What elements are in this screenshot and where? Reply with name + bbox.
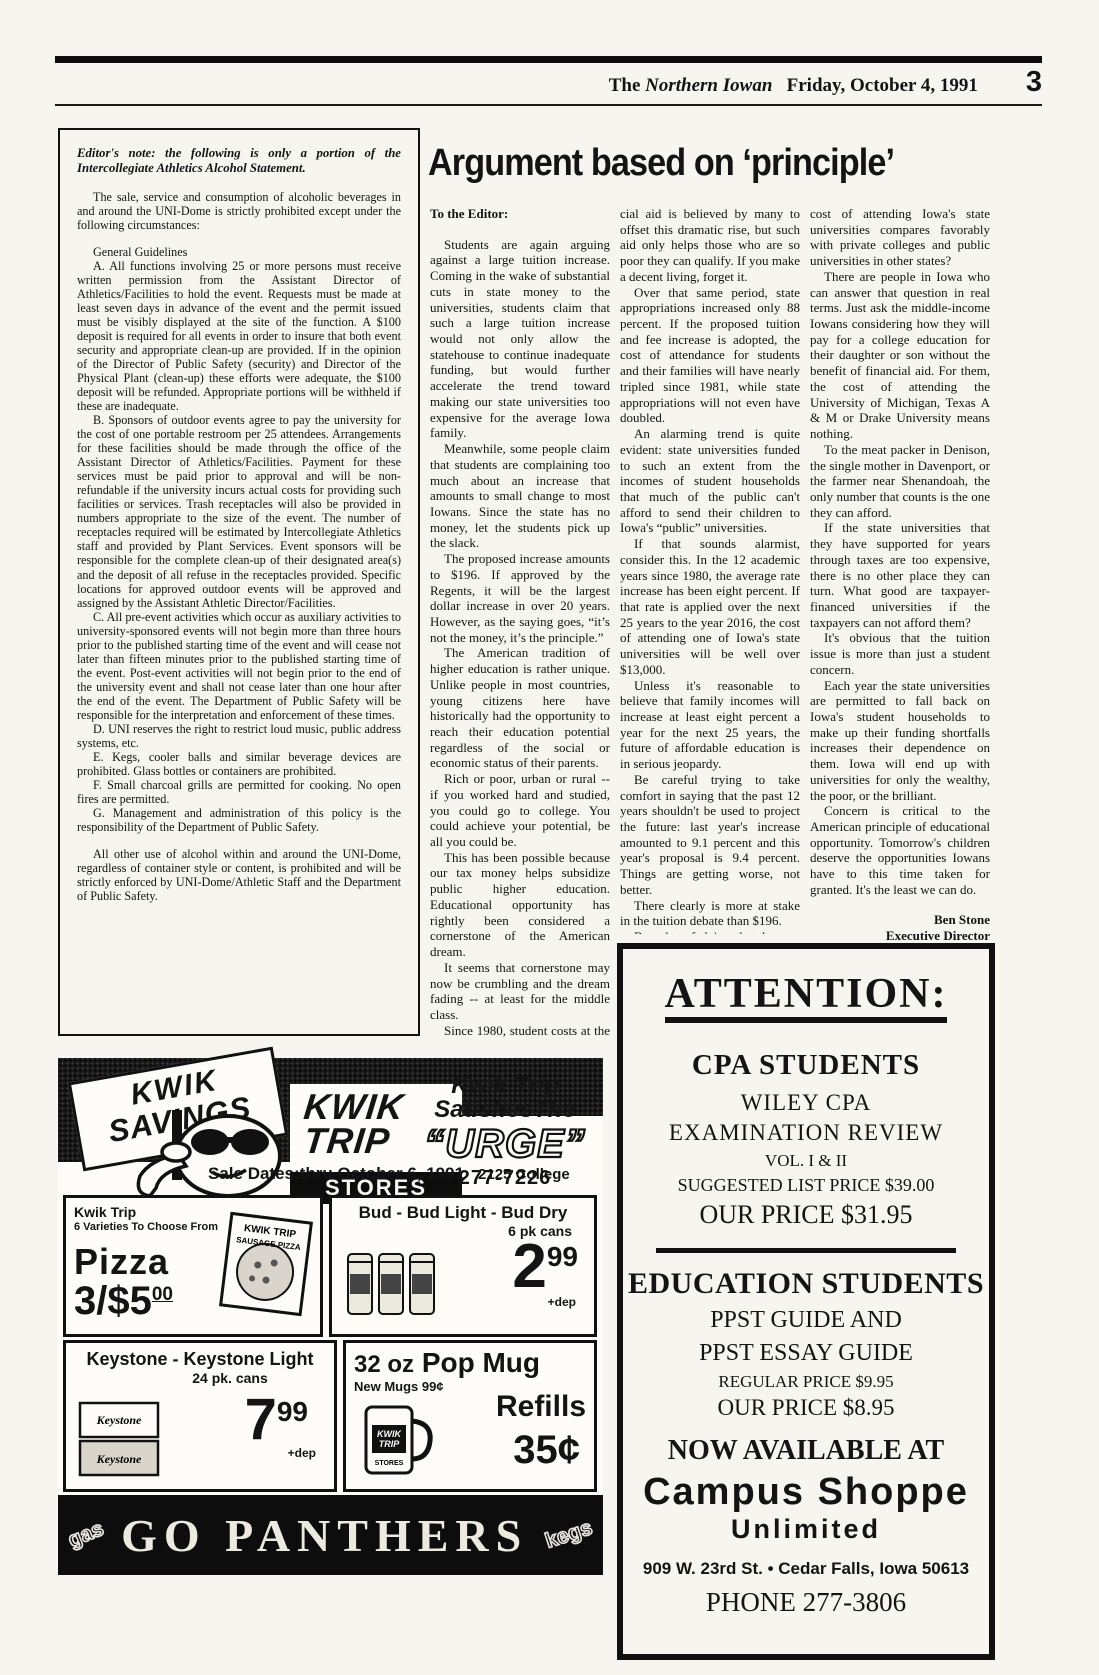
paragraph: Concern is critical to the American prin… bbox=[810, 803, 990, 897]
pizza-package-illustration: KWIK TRIP SAUSAGE PIZZA bbox=[218, 1210, 314, 1318]
svg-text:KWIK: KWIK bbox=[377, 1429, 402, 1439]
education-regular-price: REGULAR PRICE $9.95 bbox=[623, 1372, 989, 1392]
sale-dates-row: Sale Dates:thru October 6, 1991 2125 Col… bbox=[208, 1164, 608, 1184]
paragraph: A. All functions involving 25 or more pe… bbox=[77, 259, 401, 413]
alcohol-statement-box: Editor's note: the following is only a p… bbox=[58, 128, 420, 1036]
cpa-list-price: SUGGESTED LIST PRICE $39.00 bbox=[623, 1175, 989, 1196]
paragraph: There are people in Iowa who can answer … bbox=[810, 269, 990, 442]
campus-shoppe-phone: PHONE 277-3806 bbox=[623, 1587, 989, 1618]
ad-divider bbox=[656, 1248, 956, 1253]
mug-title: 32 oz Pop Mug bbox=[354, 1347, 586, 1379]
paragraph: The proposed increase amounts to $196. I… bbox=[430, 551, 610, 645]
keystone-price-main: 7 bbox=[245, 1394, 277, 1446]
urge-outline-text: “URGE” bbox=[410, 1123, 600, 1165]
paragraph: There clearly is more at stake in the tu… bbox=[620, 898, 800, 929]
paragraph: C. All pre-event activities which occur … bbox=[77, 610, 401, 722]
bud-offer-box: Bud - Bud Light - Bud Dry 6 pk cans 2 99 bbox=[329, 1195, 597, 1337]
cpa-students-heading: CPA STUDENTS bbox=[623, 1049, 989, 1082]
ppst-essay-line: PPST ESSAY GUIDE bbox=[623, 1340, 989, 1367]
wiley-cpa-line: WILEY CPA bbox=[623, 1090, 989, 1116]
paragraph: B. Sponsors of outdoor events agree to p… bbox=[77, 413, 401, 609]
masthead-prefix: The bbox=[609, 75, 641, 96]
paragraph: Rich or poor, urban or rural -- if you w… bbox=[430, 771, 610, 850]
campus-shoppe-ad: ATTENTION: CPA STUDENTS WILEY CPA EXAMIN… bbox=[617, 943, 995, 1660]
paragraph: Meanwhile, some people claim that studen… bbox=[430, 441, 610, 551]
masthead-title: Northern Iowan bbox=[645, 75, 772, 96]
keystone-cases-illustration: Keystone Keystone bbox=[74, 1395, 166, 1479]
paragraph: F. Small charcoal grills are permitted f… bbox=[77, 778, 401, 806]
bud-cans-illustration bbox=[342, 1240, 442, 1322]
paragraph: If that sounds alarmist, consider this. … bbox=[620, 536, 800, 677]
store-location: 2125 College bbox=[478, 1166, 570, 1183]
page-header: The Northern Iowan Friday, October 4, 19… bbox=[58, 66, 1042, 99]
keystone-offer-box: Keystone - Keystone Light 24 pk. cans Ke… bbox=[63, 1340, 337, 1492]
tagline-line-2: SatisfiesThe bbox=[410, 1098, 600, 1122]
mug-illustration: KWIK TRIP STORES bbox=[358, 1401, 436, 1479]
paragraph: But what of claims that the bbox=[620, 929, 800, 934]
volume-line: VOL. I & II bbox=[623, 1151, 989, 1171]
paragraph: Executive Director bbox=[810, 928, 990, 944]
pizza-offer-box: Kwik Trip 6 Varieties To Choose From Piz… bbox=[63, 1195, 323, 1337]
svg-text:Keystone: Keystone bbox=[96, 1452, 142, 1466]
campus-shoppe-unlimited: Unlimited bbox=[623, 1514, 989, 1545]
pizza-price-main: 3/$5 bbox=[74, 1279, 152, 1323]
cpa-our-price: OUR PRICE $31.95 bbox=[623, 1200, 989, 1230]
ppst-guide-line: PPST GUIDE AND bbox=[623, 1307, 989, 1334]
mug-product: Pop Mug bbox=[422, 1347, 540, 1378]
kwik-trip-ad: KWIK SAVINGS KWIK TRIP STORES TM Kwik Tr… bbox=[58, 1058, 603, 1575]
header-rule bbox=[55, 104, 1042, 106]
examination-review-line: EXAMINATION REVIEW bbox=[623, 1120, 989, 1146]
go-panthers-text: GO PANTHERS bbox=[121, 1509, 528, 1562]
page-number: 3 bbox=[1026, 66, 1042, 99]
bud-price-main: 2 bbox=[512, 1239, 546, 1295]
paragraph: cost of attending Iowa's state universit… bbox=[810, 206, 990, 269]
svg-text:STORES: STORES bbox=[375, 1460, 404, 1467]
newspaper-page: The Northern Iowan Friday, October 4, 19… bbox=[0, 0, 1099, 1675]
education-students-heading: EDUCATION STUDENTS bbox=[623, 1267, 989, 1301]
paragraph: If the state universities that they have… bbox=[810, 520, 990, 630]
mug-size: 32 oz bbox=[354, 1351, 414, 1378]
paragraph: To the meat packer in Denison, the singl… bbox=[810, 442, 990, 521]
bud-price-cents: 99 bbox=[547, 1241, 578, 1273]
letter-column-1-text: Students are again arguing against a lar… bbox=[430, 237, 610, 1038]
go-panthers-banner: gas GO PANTHERS kegs bbox=[58, 1495, 603, 1575]
paragraph: E. Kegs, cooler balls and similar bevera… bbox=[77, 750, 401, 778]
letter-column-3: cost of attending Iowa's state universit… bbox=[810, 206, 990, 966]
pizza-price-cents: 00 bbox=[152, 1284, 173, 1305]
sale-dates: Sale Dates:thru October 6, 1991 bbox=[208, 1164, 464, 1184]
letter-salutation: To the Editor: bbox=[430, 206, 610, 222]
letter-column-1: To the Editor: Students are again arguin… bbox=[430, 206, 610, 1038]
masthead-date: Friday, October 4, 1991 bbox=[787, 75, 978, 96]
now-available-line: NOW AVAILABLE AT bbox=[623, 1435, 989, 1467]
paragraph: This has been possible because our tax m… bbox=[430, 850, 610, 960]
keystone-title: Keystone - Keystone Light bbox=[74, 1349, 326, 1370]
paragraph: Ben Stone bbox=[810, 912, 990, 928]
letter-headline: Argument based on ‘principle’ bbox=[428, 142, 894, 185]
letter-column-2: cial aid is believed by many to offset t… bbox=[620, 206, 800, 934]
paragraph: It's obvious that the tuition issue is m… bbox=[810, 630, 990, 677]
paragraph: Since 1980, student costs at the state u… bbox=[430, 1023, 610, 1038]
tagline-line-1: Kwik Trip bbox=[410, 1074, 600, 1098]
paragraph: The American tradition of higher educati… bbox=[430, 645, 610, 771]
svg-text:TRIP: TRIP bbox=[379, 1439, 400, 1449]
paragraph: cial aid is believed by many to offset t… bbox=[620, 206, 800, 285]
svg-text:Keystone: Keystone bbox=[96, 1413, 142, 1427]
campus-shoppe-name: Campus Shoppe bbox=[623, 1471, 989, 1514]
paragraph: Be careful trying to take comfort in say… bbox=[620, 772, 800, 898]
gas-label: gas bbox=[65, 1517, 108, 1553]
statement-closing: All other use of alcohol within and arou… bbox=[77, 847, 401, 903]
paragraph: D. UNI reserves the right to restrict lo… bbox=[77, 722, 401, 750]
top-rule bbox=[55, 56, 1042, 63]
paragraph: An alarming trend is quite evident: stat… bbox=[620, 426, 800, 536]
paragraph: Students are again arguing against a lar… bbox=[430, 237, 610, 441]
paragraph: Over that same period, state appropriati… bbox=[620, 285, 800, 426]
education-our-price: OUR PRICE $8.95 bbox=[623, 1395, 989, 1421]
paragraph: Each year the state universities are per… bbox=[810, 678, 990, 804]
letter-column-2-text: cial aid is believed by many to offset t… bbox=[620, 206, 800, 934]
kegs-label: kegs bbox=[543, 1516, 596, 1554]
paragraph: G. Management and administration of this… bbox=[77, 806, 401, 834]
statement-items: A. All functions involving 25 or more pe… bbox=[77, 259, 401, 834]
campus-shoppe-address: 909 W. 23rd St. • Cedar Falls, Iowa 5061… bbox=[623, 1559, 989, 1579]
editors-note: Editor's note: the following is only a p… bbox=[77, 146, 401, 177]
bud-title: Bud - Bud Light - Bud Dry bbox=[340, 1203, 586, 1223]
kwik-mascot-illustration bbox=[120, 1110, 315, 1198]
letter-column-3-text: cost of attending Iowa's state universit… bbox=[810, 206, 990, 898]
keystone-size: 24 pk. cans bbox=[134, 1370, 326, 1386]
statement-intro: The sale, service and consumption of alc… bbox=[77, 190, 401, 232]
pop-mug-offer-box: 32 oz Pop Mug New Mugs 99¢ Refills KWIK … bbox=[343, 1340, 597, 1492]
keystone-price-cents: 99 bbox=[277, 1396, 308, 1428]
masthead: The Northern Iowan Friday, October 4, 19… bbox=[609, 75, 978, 97]
attention-heading: ATTENTION: bbox=[665, 973, 948, 1023]
paragraph: Unless it's reasonable to believe that f… bbox=[620, 678, 800, 772]
paragraph: It seems that cornerstone may now be cru… bbox=[430, 960, 610, 1023]
statement-heading: General Guidelines bbox=[77, 245, 401, 259]
